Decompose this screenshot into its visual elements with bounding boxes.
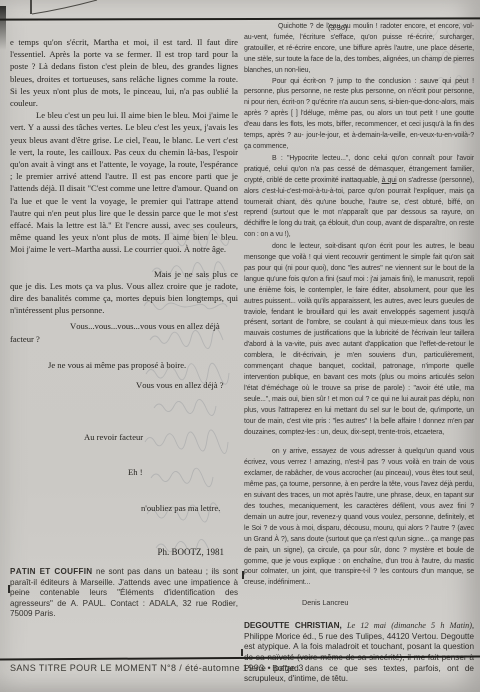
scattered-line: Vous vous en allez déjà ? <box>10 379 238 391</box>
left-paragraph-3: Mais je ne sais plus ce que je dis. Les … <box>10 268 238 317</box>
scattered-line: Au revoir facteur <box>10 431 238 443</box>
right-paragraph-3-post: on s'adresse (personne), alors c'est-lui… <box>244 177 474 239</box>
registration-tick <box>241 649 243 656</box>
scanned-zine-page: (3:36) e temps qu'on s'écrit, Martha et … <box>0 0 480 692</box>
right-paragraph-1: Quichotte ? de l'eau au moulin ! radoter… <box>244 22 474 77</box>
right-paragraph-2: Pour qui écrit-on ? jump to the conclusi… <box>244 77 474 153</box>
right-paragraph-4: donc le lecteur, soit-disant qu'on écrit… <box>244 242 474 438</box>
registration-tick <box>242 571 244 579</box>
right-paragraph-5: on y arrive, essayez de vous adresser à … <box>244 447 474 589</box>
left-paragraph-1: e temps qu'on s'écrit, Martha et moi, il… <box>10 36 238 109</box>
right-column: Quichotte ? de l'eau au moulin ! radoter… <box>244 22 474 685</box>
review-note-degoutte: DEGOUTTE CHRISTIAN, Le 12 mai (dimanche … <box>244 621 474 685</box>
scattered-line: Vous...vous...vous...vous vous en allez … <box>10 320 238 332</box>
paper-corner-fold-lines <box>0 0 120 20</box>
left-column: e temps qu'on s'écrit, Martha et moi, il… <box>10 36 238 620</box>
author-signature-right: Denis Lancreu <box>302 598 474 609</box>
scattered-line: n'oubliez pas ma lettre. <box>10 502 238 514</box>
left-paragraph-2: Le bleu c'est un peu lui. Il aime bien l… <box>10 109 238 255</box>
right-paragraph-3: B : "Hypocrite lecteu...", donc celui qu… <box>244 154 474 241</box>
review-note-patin-title: PATIN ET COUFFIN <box>10 567 92 576</box>
review-note-degoutte-title: DEGOUTTE CHRISTIAN, <box>244 621 342 630</box>
footer-journal-line: SANS TITRE POUR LE MOMENT N°8 / été-auto… <box>10 663 304 674</box>
scattered-line: facteur ? <box>10 333 238 345</box>
top-rule <box>0 17 480 20</box>
author-signature-left: Ph. BOOTZ, 1981 <box>10 546 238 558</box>
review-note-degoutte-edition: Le 12 mai (dimanche 5 h Matin), <box>342 621 474 630</box>
scattered-line: Je ne vous ai même pas proposé à boire. <box>10 359 238 371</box>
scattered-line: Eh ! <box>10 466 238 478</box>
review-note-patin: PATIN ET COUFFIN ne sont pas dans un bat… <box>10 567 238 620</box>
underlined-phrase: à qui <box>382 177 397 184</box>
registration-tick <box>8 585 10 593</box>
